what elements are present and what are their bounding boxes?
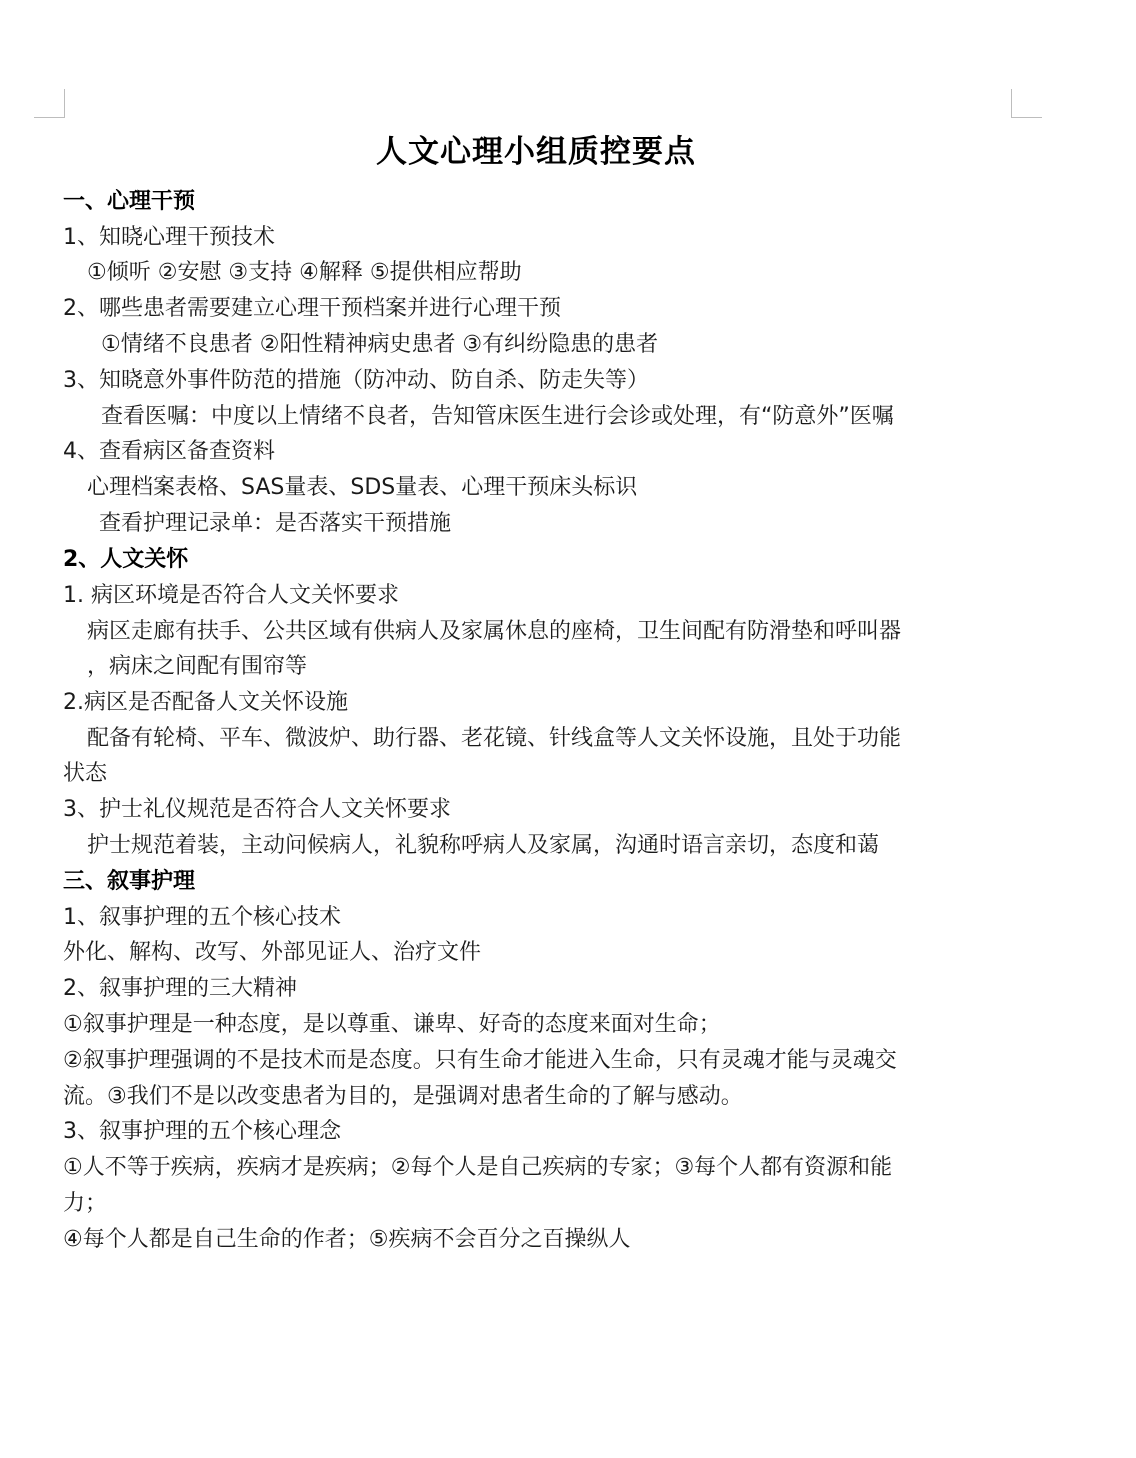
item-detail: ，病床之间配有围帘等 xyxy=(87,649,307,685)
checklist-item: 2、哪些患者需要建立心理干预档案并进行心理干预 xyxy=(63,291,561,327)
item-detail: 流。③我们不是以改变患者为目的，是强调对患者生命的了解与感动。 xyxy=(63,1079,743,1115)
checklist-item: 3、护士礼仪规范是否符合人文关怀要求 xyxy=(63,792,451,828)
checklist-item: 2.病区是否配备人文关怀设施 xyxy=(63,685,348,721)
item-detail: ①情绪不良患者 ②阳性精神病史患者 ③有纠纷隐患的患者 xyxy=(101,327,658,363)
item-detail: ①倾听 ②安慰 ③支持 ④解释 ⑤提供相应帮助 xyxy=(87,255,522,291)
checklist-item: 3、叙事护理的五个核心理念 xyxy=(63,1114,341,1150)
checklist-item: 1、知晓心理干预技术 xyxy=(63,220,275,256)
section-heading: 三、叙事护理 xyxy=(63,864,195,900)
item-detail: 病区走廊有扶手、公共区域有供病人及家属休息的座椅，卫生间配有防滑垫和呼叫器 xyxy=(87,614,901,650)
item-detail: 查看护理记录单：是否落实干预措施 xyxy=(99,506,451,542)
checklist-item: 3、知晓意外事件防范的措施（防冲动、防自杀、防走失等） xyxy=(63,363,649,399)
page-corner-mark-right xyxy=(1011,89,1042,118)
checklist-item: 4、查看病区备查资料 xyxy=(63,434,275,470)
checklist-item: 1、叙事护理的五个核心技术 xyxy=(63,900,341,936)
item-detail: ④每个人都是自己生命的作者；⑤疾病不会百分之百操纵人 xyxy=(63,1222,630,1258)
item-detail: 外化、解构、改写、外部见证人、治疗文件 xyxy=(63,935,481,971)
item-detail: ②叙事护理强调的不是技术而是态度。只有生命才能进入生命，只有灵魂才能与灵魂交 xyxy=(63,1043,897,1079)
document-title: 人文心理小组质控要点 xyxy=(0,126,1072,171)
section-heading: 一、心理干预 xyxy=(63,184,195,220)
item-detail: ①人不等于疾病，疾病才是疾病；②每个人是自己疾病的专家；③每个人都有资源和能 xyxy=(63,1150,892,1186)
item-detail: 心理档案表格、SAS量表、SDS量表、心理干预床头标识 xyxy=(87,470,637,506)
item-detail: 力； xyxy=(63,1186,107,1222)
section-heading: 2、人文关怀 xyxy=(63,542,188,578)
item-detail: 状态 xyxy=(63,756,107,792)
item-detail: 查看医嘱：中度以上情绪不良者，告知管床医生进行会诊或处理，有“防意外”医嘱 xyxy=(101,399,894,435)
checklist-item: 1. 病区环境是否符合人文关怀要求 xyxy=(63,578,399,614)
item-detail: ①叙事护理是一种态度，是以尊重、谦卑、好奇的态度来面对生命； xyxy=(63,1007,721,1043)
item-detail: 护士规范着装，主动问候病人，礼貌称呼病人及家属，沟通时语言亲切，态度和蔼 xyxy=(87,828,879,864)
page-corner-mark-left xyxy=(34,89,65,118)
checklist-item: 2、叙事护理的三大精神 xyxy=(63,971,297,1007)
item-detail: 配备有轮椅、平车、微波炉、助行器、老花镜、针线盒等人文关怀设施，且处于功能 xyxy=(87,721,901,757)
